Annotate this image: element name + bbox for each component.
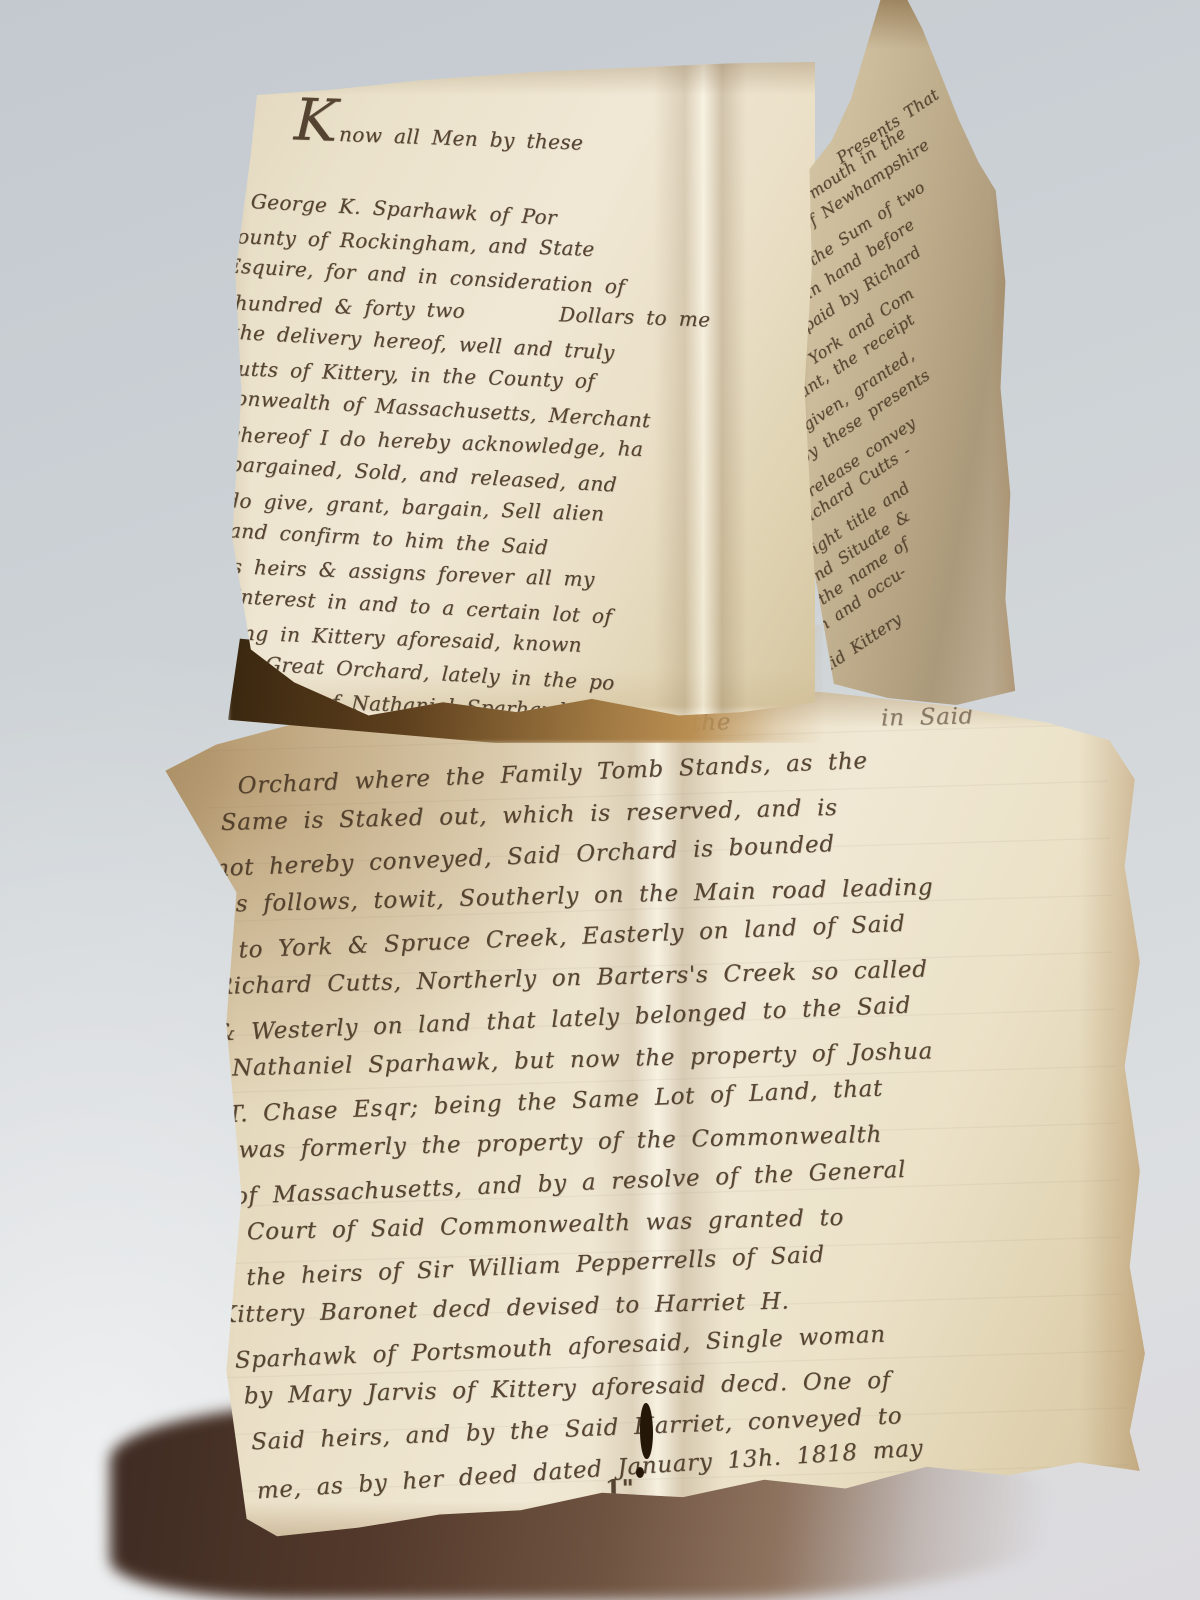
handwritten-line: do give, grant, bargain, Sell alien — [226, 488, 605, 526]
handwritten-line: as follows, towit, Southerly on the Main… — [221, 874, 934, 917]
handwritten-line: Orchard where the Family Tomb Stands, as… — [237, 748, 868, 799]
handwritten-line: to York & Spruce Creek, Easterly on land… — [238, 911, 906, 964]
handwritten-line: Richard Cutts, Northerly on Barters's Cr… — [215, 957, 928, 1000]
ink-blot — [640, 1403, 653, 1459]
upper-document: Know all Men by these I George K. Sparha… — [195, 62, 815, 722]
lower-text-block: excepting the in Said Orchard where the … — [205, 668, 1129, 1524]
ink-drop — [636, 1467, 644, 1478]
handwritten-line: Kittery Baronet decd devised to Harriet … — [219, 1288, 790, 1328]
handwritten-line: Nathaniel Sparhawk, but now the property… — [232, 1038, 933, 1081]
handwritten-line: not hereby conveyed, Said Orchard is bou… — [214, 831, 836, 882]
handwritten-line: Sparhawk of Portsmouth aforesaid, Single… — [234, 1322, 886, 1374]
handwritten-line: was formerly the property of the Commonw… — [238, 1122, 882, 1164]
handwritten-line: T. Chase Esqr; being the Same Lot of Lan… — [227, 1076, 883, 1128]
handwritten-line: by Mary Jarvis of Kittery aforesaid decd… — [244, 1368, 892, 1410]
upper-document-right-fold: Presents That mouth in the of Newhampshi… — [780, 0, 1025, 705]
handwritten-line: of Massachusetts, and by a resolve of th… — [233, 1157, 906, 1210]
photo-of-handwritten-deed: excepting the in Said Orchard where the … — [0, 0, 1200, 1600]
handwritten-line: and confirm to him the Said — [228, 518, 548, 559]
handwritten-line: I George K. Sparhawk of Por — [230, 188, 557, 230]
lower-document: excepting the in Said Orchard where the … — [135, 675, 1150, 1545]
handwritten-line: Court of Said Commonwealth was granted t… — [247, 1205, 845, 1246]
upper-text-block: Know all Men by these I George K. Sparha… — [209, 102, 779, 744]
handwritten-line-opening: Know all Men by these — [293, 117, 584, 157]
handwritten-line: & Westerly on land that lately belonged … — [215, 993, 912, 1047]
handwritten-line: Same is Staked out, which is reserved, a… — [220, 795, 837, 836]
handwritten-line: the heirs of Sir William Pepperrells of … — [246, 1242, 826, 1291]
